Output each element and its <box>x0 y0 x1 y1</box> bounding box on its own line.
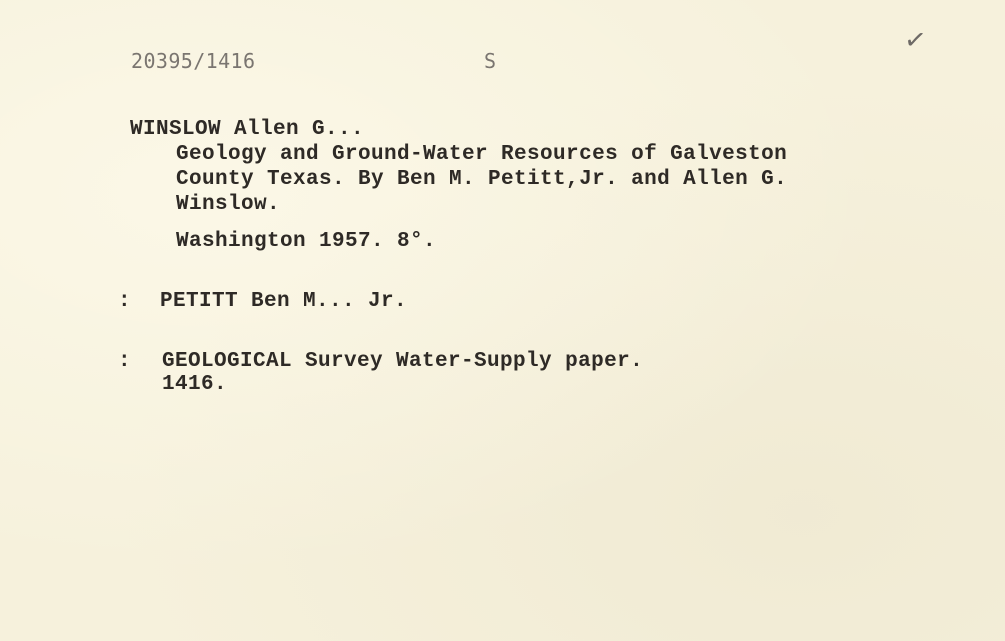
added-entry-line: 1416. <box>162 372 227 398</box>
entry-bullet: : <box>118 289 131 315</box>
entry-bullet: : <box>118 349 131 375</box>
title-line: Winslow. <box>176 192 280 218</box>
call-number: 20395/1416 <box>131 48 255 74</box>
title-line: Geology and Ground-Water Resources of Ga… <box>176 142 787 168</box>
title-line: County Texas. By Ben M. Petitt,Jr. and A… <box>176 167 787 193</box>
imprint: Washington 1957. 8°. <box>176 229 436 255</box>
main-entry: WINSLOW Allen G... <box>130 117 364 143</box>
added-entry-line: GEOLOGICAL Survey Water-Supply paper. <box>162 349 643 375</box>
catalog-card: 20395/1416 S ✓ WINSLOW Allen G... Geolog… <box>0 0 1005 641</box>
check-mark-icon: ✓ <box>904 21 927 60</box>
added-entry-line: PETITT Ben M... Jr. <box>160 289 407 315</box>
location-code: S <box>484 48 496 74</box>
